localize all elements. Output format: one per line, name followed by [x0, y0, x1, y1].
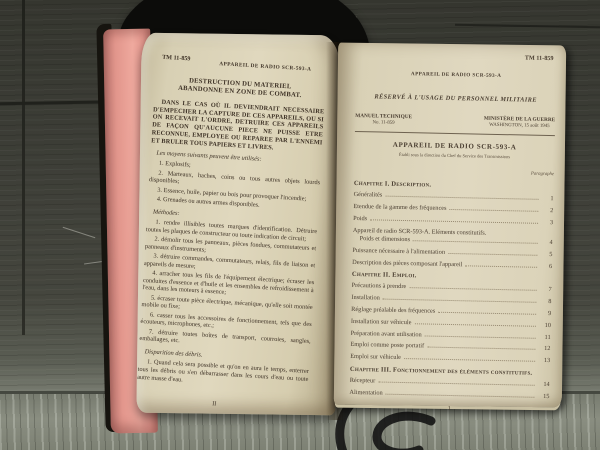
photo-scene: TM 11-859 APPAREIL DE RADIO SCR-593-A DE… [0, 0, 600, 450]
toc-entry: Poids 3 [353, 215, 553, 227]
toc-entry-label: Récepteur [350, 377, 376, 385]
right-page-content: TM 11-859 APPAREIL DE RADIO SCR-593-A RÉ… [349, 51, 556, 398]
toc-entry-label: Préparation avant utilisation [351, 329, 422, 338]
toc-entry: Précautions à prendre 7 [352, 282, 552, 294]
toc-entry-number: 4 [541, 239, 553, 247]
toc-entry-number: 13 [538, 357, 550, 365]
toc-entry-label: Description des pièces composant l'appar… [352, 258, 462, 268]
dot-leader [449, 209, 538, 212]
ministry-block: MINISTÈRE DE LA GUERRE WASHINGTON, 15 ao… [484, 116, 556, 130]
toc-entry-label: Précautions à prendre [352, 282, 407, 291]
dot-leader [385, 196, 538, 200]
toc-entry-label: Alimentation [349, 389, 382, 397]
manual-number: No. 11-859 [355, 120, 412, 128]
dot-leader [448, 253, 537, 256]
toc-entry: Installation sur véhicule 10 [351, 318, 551, 330]
toc-entry-number: 1 [541, 195, 553, 203]
dot-leader [425, 335, 536, 338]
toc-entry: Préparation avant utilisation 11 [351, 329, 551, 341]
destruction-heading: DESTRUCTION DU MATERIEL ABANDONNE EN ZON… [168, 76, 312, 100]
toc-entry-number: 15 [537, 393, 549, 401]
document-title: APPAREIL DE RADIO SCR-593-A [355, 141, 555, 153]
toc-entry-label: Etendue de la gamme des fréquences [353, 203, 446, 212]
dot-leader [383, 299, 537, 303]
right-page: TM 11-859 APPAREIL DE RADIO SCR-593-A RÉ… [334, 43, 566, 408]
toc-entry: Emploi sur véhicule 13 [350, 353, 550, 365]
toc-entry-number: 2 [541, 207, 553, 215]
dot-leader [438, 312, 536, 315]
destruction-warning-paragraph: DANS LE CAS OÙ IL DEVIENDRAIT NECESSAIRE… [151, 98, 324, 154]
manual-technique-block: MANUEL TECHNIQUE No. 11-859 [355, 113, 412, 127]
dot-leader [414, 323, 535, 327]
dot-leader [404, 358, 535, 362]
dot-leader [409, 287, 536, 291]
toc-entry-number: 12 [538, 345, 550, 353]
toc-entry-number: 8 [539, 298, 551, 306]
toc-entry: Etendue de la gamme des fréquences 2 [353, 203, 553, 215]
chapter-3-entries: Récepteur 14 Alimentation 15 [349, 377, 549, 400]
dot-leader [413, 240, 538, 244]
document-subtitle: Établi sous la direction du Chef du Serv… [392, 152, 516, 160]
left-page-number: II [136, 396, 293, 413]
toc-entry-number: 11 [539, 333, 551, 341]
wood-plank-seam [455, 24, 600, 29]
toc-entry: Description des pièces composant l'appar… [352, 258, 552, 270]
toc-column-header: Paragraphe [354, 167, 554, 179]
left-running-header: APPAREIL DE RADIO SCR-593-A [204, 60, 327, 75]
chapter-1-heading: Chapitre I. Description. [354, 180, 554, 192]
toc-entry-label: Poids et dimensions [353, 235, 411, 244]
horizontal-rule [355, 131, 555, 136]
left-manual-number: TM 11-859 [162, 55, 191, 64]
toc-entry-label: Emploi sur véhicule [350, 353, 401, 361]
toc-entry-number: 7 [540, 286, 552, 294]
toc-entry-label: Réglage préalable des fréquences [351, 306, 435, 315]
toc-entry-number: 3 [541, 219, 553, 227]
toc-entry-number: 6 [540, 262, 552, 270]
toc-entry-label: Emploi comme poste portatif [350, 341, 424, 350]
toc-entry-label: Puissance nécessaire à l'alimentation [352, 247, 445, 256]
toc-entry: Installation 8 [351, 294, 551, 306]
methods-list: 1. rendre illisibles toutes marques d'id… [139, 218, 317, 353]
toc-entry-number: 14 [538, 381, 550, 389]
toc-entry-number: 10 [539, 322, 551, 330]
toc-entry: Réglage préalable des fréquences 9 [351, 306, 551, 318]
toc-entry: Récepteur 14 [350, 377, 550, 389]
toc-entry: Puissance nécessaire à l'alimentation 5 [352, 247, 552, 259]
wood-plank-seam [22, 0, 25, 335]
toc-entry-number: 5 [540, 251, 552, 259]
toc-entry-number: 9 [539, 310, 551, 318]
dot-leader [370, 219, 538, 224]
place-date: WASHINGTON, 15 août 1945 [484, 122, 556, 130]
dot-leader [378, 381, 534, 385]
dot-leader [427, 347, 535, 350]
means-list: 1. Explosifs;2. Marteaux, haches, coins … [148, 160, 321, 213]
dot-leader [465, 265, 537, 268]
toc-entry: Emploi comme poste portatif 12 [350, 341, 550, 353]
toc-entry-label: Poids [353, 215, 367, 223]
toc-entry-label: Installation sur véhicule [351, 318, 412, 327]
toc-entry: Généralités 1 [354, 191, 554, 203]
right-manual-number: TM 11-859 [356, 51, 556, 63]
scratch-mark [63, 227, 96, 238]
chapter-2-entries: Précautions à prendre 7 Installation 8 [350, 282, 552, 364]
left-page-content: TM 11-859 APPAREIL DE RADIO SCR-593-A DE… [136, 54, 327, 414]
dot-leader [386, 393, 535, 397]
toc-entry-label: Généralités [354, 191, 383, 199]
right-running-header: APPAREIL DE RADIO SCR-593-A [356, 70, 556, 82]
toc-entry: Alimentation 15 [349, 389, 549, 401]
toc-entry-label: Installation [351, 294, 379, 302]
chapter-1-entries: Généralités 1 Etendue de la gamme des fr… [352, 191, 554, 270]
left-page: TM 11-859 APPAREIL DE RADIO SCR-593-A DE… [136, 33, 340, 416]
chapter-3-heading: Chapitre III. Fonctionnement des élément… [350, 365, 550, 377]
chapter-2-heading: Chapitre II. Emploi. [352, 271, 552, 283]
toc-entry: Appareil de radio SCR-593-A. Eléments co… [353, 226, 553, 246]
restricted-notice: RÉSERVÉ À L'USAGE DU PERSONNEL MILITAIRE [356, 93, 556, 105]
